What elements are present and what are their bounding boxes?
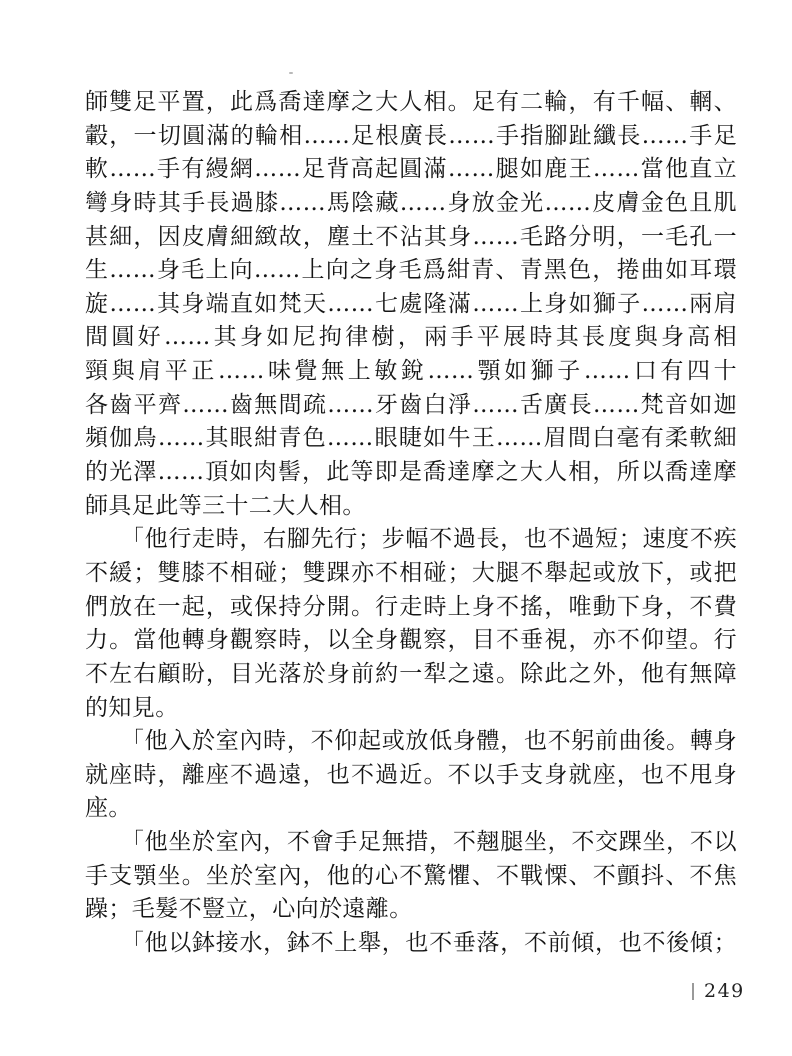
page-number-value: 249	[704, 980, 745, 1002]
text-line: 生……身毛上向……上向之身毛爲紺青、青黑色，捲曲如耳環右	[85, 254, 737, 288]
text-line: 「他入於室內時，不仰起或放低身體，也不躬前曲後。轉身	[85, 725, 737, 759]
text-line: 轂，一切圓滿的輪相……足根廣長……手指腳趾纖長……手足柔	[85, 120, 737, 154]
text-line: 的知見。	[85, 692, 737, 726]
text-line: 就座時，離座不過遠，也不過近。不以手支身就座，也不甩身入	[85, 759, 737, 793]
text-line: 軟……手有縵網……足背高起圓滿……腿如鹿王……當他直立不	[85, 153, 737, 187]
text-line: 「他坐於室內，不會手足無措，不翹腿坐，不交踝坐，不以	[85, 826, 737, 860]
text-line: 間圓好……其身如尼拘律樹，兩手平展時其長度與身高相等……	[85, 321, 737, 355]
text-line: 「他行走時，右腳先行；步幅不過長，也不過短；速度不疾	[85, 523, 737, 557]
page-number-rule	[692, 983, 694, 1000]
text-line: 不緩；雙膝不相碰；雙踝亦不相碰；大腿不舉起或放下，或把它	[85, 557, 737, 591]
text-line: 不左右顧盼，目光落於身前約一犁之遠。除此之外，他有無障礙	[85, 658, 737, 692]
page-number: 249	[692, 980, 745, 1002]
text-line: 手支顎坐。坐於室內，他的心不驚懼、不戰慄、不顫抖、不焦	[85, 860, 737, 894]
text-line: 各齒平齊……齒無間疏……牙齒白淨……舌廣長……梵音如迦陵	[85, 389, 737, 423]
text-line: 彎身時其手長過膝……馬陰藏……身放金光……皮膚金色且肌理	[85, 187, 737, 221]
scan-artifact	[289, 72, 293, 74]
text-line: 師具足此等三十二大人相。	[85, 490, 737, 524]
text-line: 甚細，因皮膚細緻故，塵土不沾其身……毛路分明，一毛孔一毛	[85, 221, 737, 255]
text-line: 們放在一起，或保持分開。行走時上身不搖，唯動下身，不費氣	[85, 591, 737, 625]
text-line: 頻伽鳥……其眼紺青色……眼睫如牛王……眉間白毫有柔軟細綿	[85, 422, 737, 456]
book-page: 師雙足平置，此爲喬達摩之大人相。足有二輪，有千幅、輞、 轂，一切圓滿的輪相……足…	[0, 0, 792, 1056]
text-line: 躁；毛髮不豎立，心向於遠離。	[85, 893, 737, 927]
text-line: 「他以鉢接水，鉢不上舉，也不垂落，不前傾，也不後傾；	[85, 927, 737, 961]
text-line: 旋……其身端直如梵天……七處隆滿……上身如獅子……兩肩之	[85, 288, 737, 322]
text-line: 的光澤……頂如肉髻，此等即是喬達摩之大人相，所以喬達摩大	[85, 456, 737, 490]
text-line: 座。	[85, 792, 737, 826]
body-text-column: 師雙足平置，此爲喬達摩之大人相。足有二輪，有千幅、輞、 轂，一切圓滿的輪相……足…	[85, 86, 737, 961]
text-line: 頸與肩平正……味覺無上敏銳……顎如獅子……口有四十齒……	[85, 355, 737, 389]
text-line: 力。當他轉身觀察時，以全身觀察，目不垂視，亦不仰望。行時	[85, 624, 737, 658]
text-line: 師雙足平置，此爲喬達摩之大人相。足有二輪，有千幅、輞、	[85, 86, 737, 120]
